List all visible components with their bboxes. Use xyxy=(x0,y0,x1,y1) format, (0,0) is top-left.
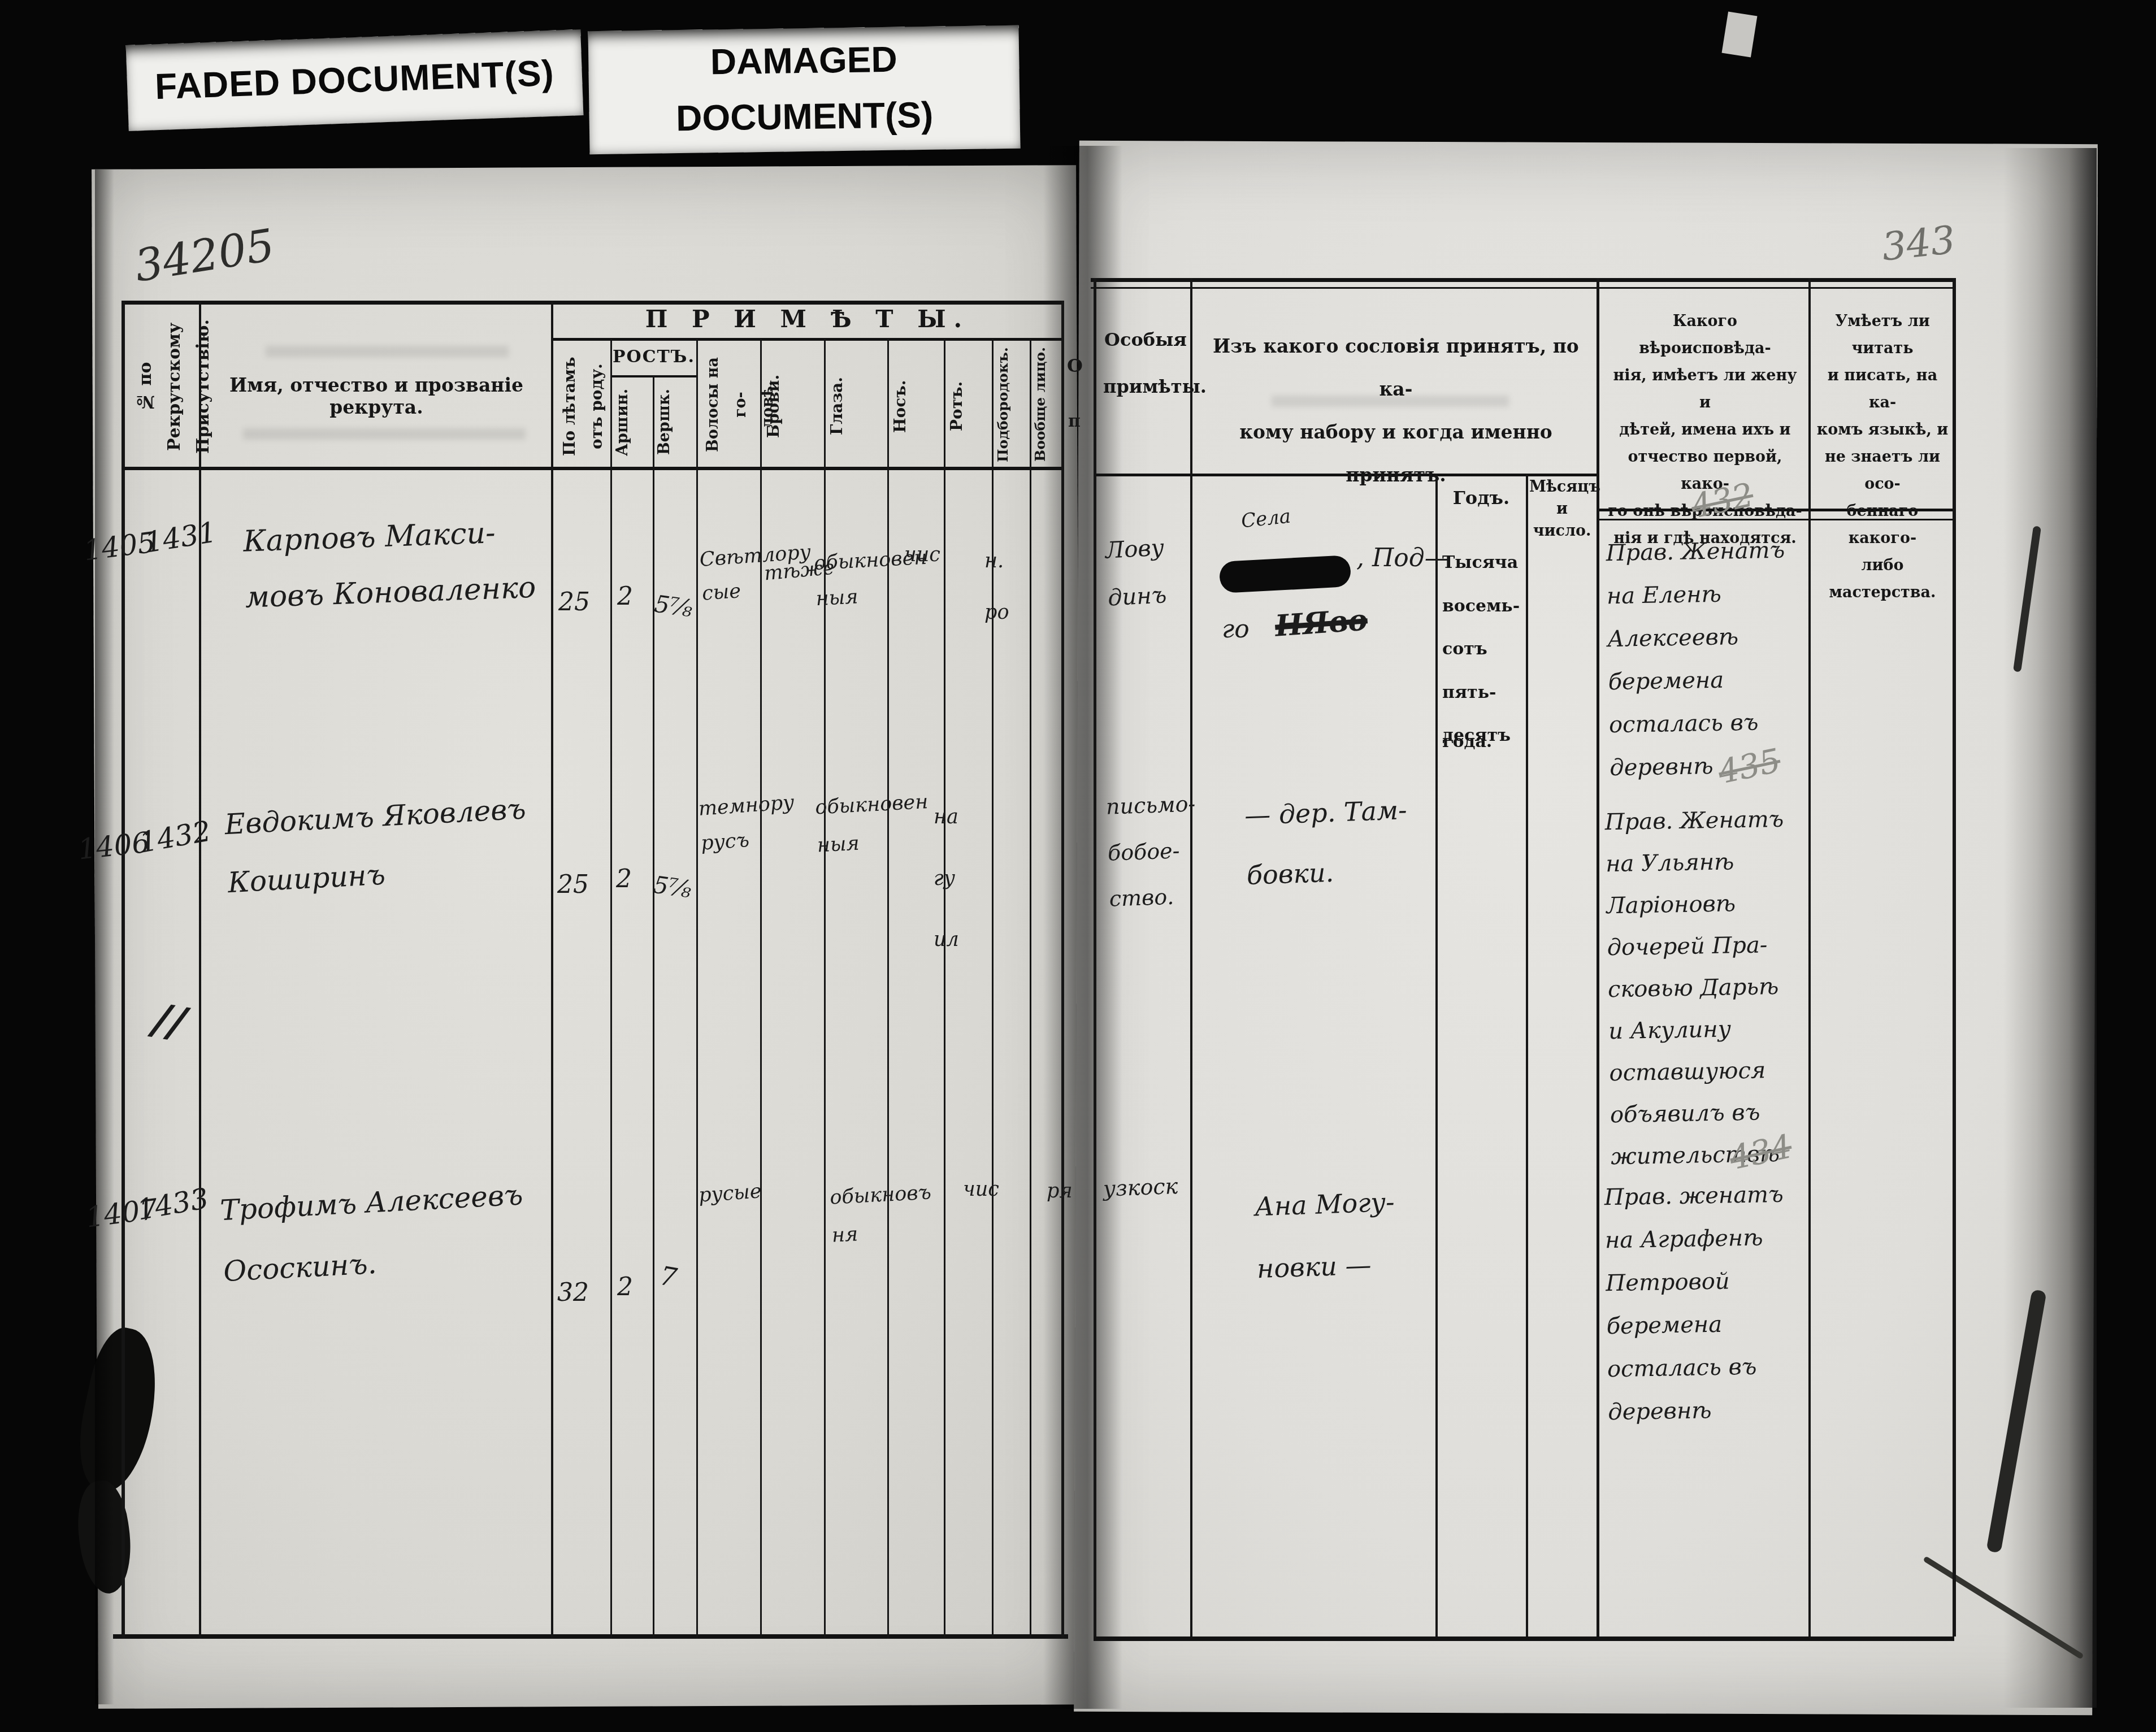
right-page-right-edge xyxy=(1953,278,1956,1636)
record-1-estate-line2: го xyxy=(1222,615,1250,644)
header-rost: РОСТЪ. xyxy=(611,347,696,367)
table-border-top-right-page2 xyxy=(1091,287,1954,289)
record-2-arshin: 2 xyxy=(616,865,632,893)
header-eyes: Глаза. xyxy=(827,347,884,466)
column-line xyxy=(610,339,612,1639)
header-mouth: Ротъ. xyxy=(947,347,989,466)
header-year: Годъ. xyxy=(1438,487,1524,509)
column-line xyxy=(1526,474,1528,1636)
table-border-bottom-right-page xyxy=(1094,1636,1954,1641)
header-chin: Подбородокъ. xyxy=(995,342,1027,467)
record-3-estate: Ана Могу- новки — xyxy=(1253,1166,1529,1300)
page-edge-shadow xyxy=(95,170,114,1704)
header-recruit-name: Имя, отчество и прозваніе рекрута. xyxy=(205,374,548,418)
header-nose: Носъ. xyxy=(891,347,940,466)
column-line xyxy=(122,301,125,1639)
column-line xyxy=(760,339,762,1639)
document-scan: FADED DOCUMENT(S) DAMAGED DOCUMENT(S) 34… xyxy=(0,0,2156,1732)
record-3-special-marks: узкоск xyxy=(1103,1172,1222,1201)
table-border-top-left-page xyxy=(122,301,1062,305)
header-vershok: Вершк. xyxy=(656,380,694,465)
column-line xyxy=(1030,339,1031,1639)
column-line xyxy=(696,339,698,1639)
record-3-arshin: 2 xyxy=(617,1273,633,1301)
table-border-top-right-page xyxy=(1091,278,1954,282)
bleed-through xyxy=(266,346,509,357)
record-2-age: 25 xyxy=(557,870,589,899)
record-1-age: 25 xyxy=(558,588,590,617)
column-line xyxy=(992,339,994,1639)
column-line xyxy=(944,339,945,1639)
record-1-hair: Свѣтлору сые xyxy=(699,539,765,610)
record-3-name: Трофимъ Алексеевъ Ососкинъ. xyxy=(219,1161,597,1302)
record-1-eyes: обыкновен ныя xyxy=(813,541,907,617)
record-1-vershok: 5⅞ xyxy=(653,590,695,623)
record-3-brows: обыкновъ ня xyxy=(829,1174,935,1254)
header-bottom-line xyxy=(122,467,1062,470)
fold-cut-letter-bottom: п xyxy=(1068,411,1081,431)
record-1-name: Карповъ Макси- мовъ Коноваленко xyxy=(242,503,563,626)
header-primety-banner: П Р И М Ѣ Т Ы. xyxy=(557,305,1059,333)
record-1-estate-struck: НЯво xyxy=(1274,602,1369,643)
record-2-vershok: 5⅞ xyxy=(652,871,693,904)
preprinted-year-suffix: года. xyxy=(1442,732,1524,752)
fold-cut-letter-top: О xyxy=(1067,355,1083,376)
banner-underline xyxy=(553,338,1062,341)
record-3-hair: русые xyxy=(698,1180,762,1207)
record-2-hair: темнору русъ xyxy=(697,788,764,861)
record-1-religion-note: Прав. Женатъ на Еленѣ Алексеевѣ беремена… xyxy=(1606,528,1814,789)
header-literacy-craft: Умѣетъ ли читать и писать, на ка- комъ я… xyxy=(1813,308,1952,607)
header-face: Вообще лицо. xyxy=(1032,342,1060,467)
page-number-right: 343 xyxy=(1880,218,1957,270)
column-line xyxy=(1190,278,1192,1636)
header-month-day: Мѣсяцъ и число. xyxy=(1529,476,1595,542)
record-3-religion-note: Прав. женатъ на Аграфенѣ Петровой береме… xyxy=(1604,1173,1823,1434)
record-1-nose: чис xyxy=(904,544,940,566)
table-border-bottom-left-page xyxy=(113,1634,1068,1639)
bleed-through xyxy=(243,428,526,440)
header-estate: Изъ какого сословія принятъ, по ка- кому… xyxy=(1204,325,1588,497)
header-arshin: Аршин. xyxy=(614,380,651,465)
record-3-nose: чис xyxy=(963,1178,999,1201)
column-line xyxy=(824,339,826,1639)
sticker-damaged-document: DAMAGED DOCUMENT(S) xyxy=(588,25,1021,155)
record-1-estate-line1: , Под— xyxy=(1356,544,1450,572)
record-2-estate: — дер. Там- бовки. xyxy=(1243,776,1541,906)
column-line xyxy=(199,301,201,1639)
column-line xyxy=(887,339,889,1639)
sticker-faded-document: FADED DOCUMENT(S) xyxy=(126,29,584,131)
preprinted-year-text: Тысяча восемь- сотъ пять- десятъ xyxy=(1442,541,1524,758)
left-page-right-edge xyxy=(1061,301,1064,1639)
record-3-age: 32 xyxy=(557,1278,589,1307)
column-line xyxy=(1435,474,1438,1636)
header-special-marks: Особыя примѣты. xyxy=(1103,316,1188,410)
record-2-brows: обыкновен ныя xyxy=(814,784,914,865)
header-brows: Брови. xyxy=(764,347,821,466)
record-2-special-marks: письмо- бобое- ство. xyxy=(1105,781,1200,922)
right-page-left-edge xyxy=(1094,278,1096,1636)
record-2-name: Евдокимъ Яковлевъ Коширинъ xyxy=(223,778,579,911)
header-hair: Волосы на го- ловѣ. xyxy=(700,344,758,466)
record-1-arshin: 2 xyxy=(617,582,633,611)
header-presence-number: № по Рекрутскому Присутствію. xyxy=(131,310,194,463)
corner-fragment xyxy=(1722,11,1758,57)
record-1-special-marks: Лову динъ xyxy=(1104,524,1168,622)
column-line xyxy=(653,376,654,1639)
record-2-religion-note: Прав. Женатъ на Ульянѣ Ларіоновѣ дочерей… xyxy=(1604,798,1820,1178)
record-2-nose: на гу ил xyxy=(934,787,959,971)
header-age: По лѣтамъ отъ роду. xyxy=(556,348,608,465)
torn-right-edge xyxy=(2003,148,2097,1708)
record-1-mouth: н. ро xyxy=(984,536,1009,639)
record-3-mouth: ря xyxy=(1047,1180,1073,1203)
column-line xyxy=(551,301,553,1639)
